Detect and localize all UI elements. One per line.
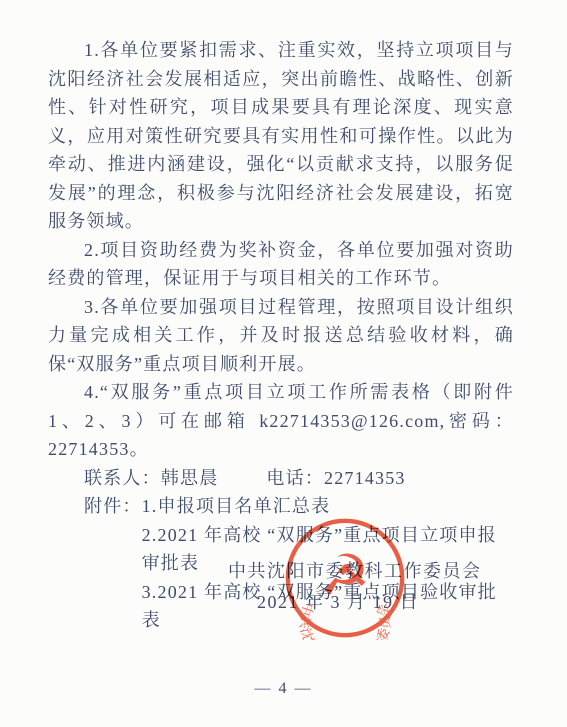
document-page: 1.各单位要紧扣需求、注重实效，坚持立项项目与沈阳经济社会发展相适应，突出前瞻性… (0, 0, 567, 727)
paragraph-2: 2.项目资助经费为奖补资金，各单位要加强对资助经费的管理，保证用于与项目相关的工… (48, 236, 514, 293)
document-body: 1.各单位要紧扣需求、注重实效，坚持立项项目与沈阳经济社会发展相适应，突出前瞻性… (48, 36, 514, 635)
paragraph-4: 4.“双服务”重点项目立项工作所需表格（即附件 1、2、3）可在邮箱 k2271… (48, 378, 514, 464)
contact-person-label: 联系人： (84, 468, 161, 488)
contact-phone-label: 电话： (266, 468, 324, 488)
contact-phone-number: 22714353 (324, 468, 406, 488)
paragraph-3: 3.各单位要加强项目过程管理，按照项目设计组织力量完成相关工作，并及时报送总结验… (48, 293, 514, 379)
attachment-item-1: 1.申报项目名单汇总表 (142, 492, 514, 521)
attachments-label: 附件： (84, 492, 142, 521)
signature-date: 2021 年 3 月 19 日 (257, 588, 419, 616)
contact-person-name: 韩思晨 (161, 468, 219, 488)
page-number: — 4 — (0, 680, 567, 698)
contact-line: 联系人：韩思晨电话：22714353 (84, 464, 514, 493)
paragraph-1: 1.各单位要紧扣需求、注重实效，坚持立项项目与沈阳经济社会发展相适应，突出前瞻性… (48, 36, 514, 236)
signature-org: 中共沈阳市委教科工作委员会 (228, 557, 482, 585)
